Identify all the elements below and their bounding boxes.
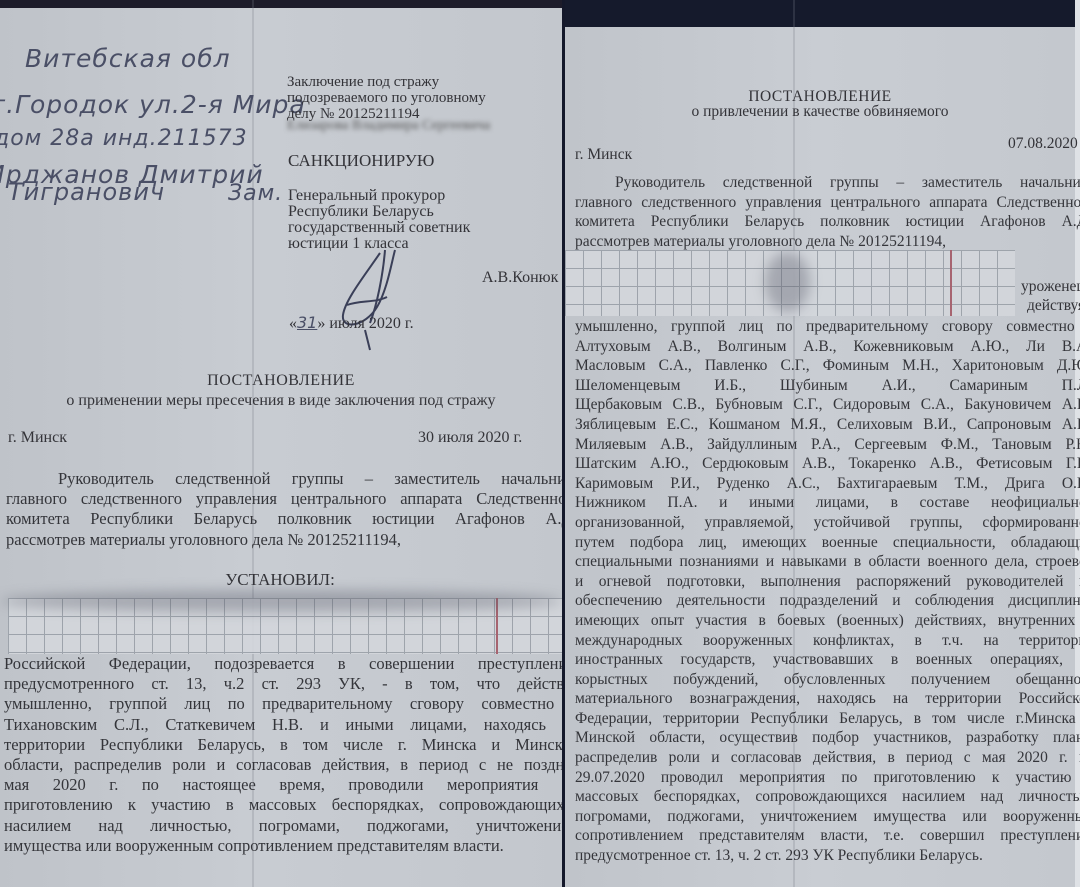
body-line: Федерации, территории Республики Беларус…: [575, 709, 1080, 729]
body-line: насилием над личностью, погромами, поджо…: [4, 816, 562, 836]
graph-paper-margin-line: [950, 250, 952, 316]
handwritten-date-day: 31: [297, 313, 317, 332]
resolution-intro: Руководитель следственной группы – замес…: [575, 173, 1080, 251]
body-line: специальными познаниями и навыками в обл…: [575, 552, 1080, 572]
date-month-year: » июля 2020 г.: [317, 315, 413, 332]
body-line: Масловым С.А., Павленко С.Г., Фоминым М.…: [575, 356, 1080, 376]
body-line: Каримовым Р.И., Руденко А.С., Бахтигарае…: [575, 474, 1080, 494]
body-line: организованной, управляемой, устойчивой …: [575, 513, 1080, 533]
resolution-subtitle: о привлечении в качестве обвиняемого: [565, 103, 1075, 121]
body-line: Щербаковым С.В., Бубновым С.Г., Сидоровы…: [575, 395, 1080, 415]
body-last-line: предусмотренное ст. 13, ч. 2 ст. 293 УК …: [575, 846, 1080, 866]
handwritten-deputy-mark: Зам.: [228, 181, 283, 206]
body-line: Шатским А.Ю., Сердюковым А.В., Токаренко…: [575, 454, 1080, 474]
intro-line: главного следственного управления центра…: [575, 193, 1080, 213]
resolution-title: ПОСТАНОВЛЕНИЕ: [0, 372, 562, 390]
paper-shadow: [0, 590, 562, 612]
body-line: Зяблицевым Е.С., Кошманом М.Я., Селиховы…: [575, 415, 1080, 435]
detention-header-line1: Заключение под стражу: [287, 74, 439, 91]
approver-signatory: А.В.Конюк: [482, 269, 558, 287]
body-line: области, распределив роли и согласовав д…: [4, 755, 562, 775]
redacted-suspect-name: Елизарова Владимира Сергеевича: [287, 118, 490, 134]
intro-line: рассмотрев материалы уголовного дела № 2…: [6, 530, 562, 550]
paper-shadow: [765, 252, 810, 312]
body-line: мая 2020 г. по настоящее время, проводил…: [4, 775, 562, 795]
intro-line: главного следственного управления центра…: [6, 489, 562, 509]
handwritten-patronymic: Тигранович: [8, 178, 165, 206]
established-heading: УСТАНОВИЛ:: [0, 570, 560, 590]
body-line: иностранных государств, участвовавших в …: [575, 650, 1080, 670]
resolution-body: Российской Федерации, подозревается в со…: [4, 654, 562, 856]
approval-date: «31» июля 2020 г.: [289, 313, 414, 333]
fragment-line: уроженец: [1021, 278, 1080, 296]
resolution-body: умышленно, группой лиц по предварительно…: [575, 317, 1080, 866]
body-line: Российской Федерации, подозревается в со…: [4, 654, 562, 674]
resolution-intro: Руководитель следственной группы – замес…: [6, 469, 562, 550]
body-line: корыстных побуждений, обусловленных полу…: [575, 670, 1080, 690]
handwritten-house: дом 28а инд.211573: [0, 126, 248, 151]
intro-line: комитета Республики Беларусь полковник ю…: [575, 212, 1080, 232]
resolution-date: 30 июля 2020 г.: [418, 429, 522, 447]
body-line: международных вооруженных конфликтах, в …: [575, 631, 1080, 651]
body-line: Минской области, осуществив подбор участ…: [575, 728, 1080, 748]
body-line: обеспечению деятельности подразделений и…: [575, 591, 1080, 611]
date-quote: «: [289, 315, 297, 332]
signature-mark: [325, 245, 415, 355]
intro-line: рассмотрев материалы уголовного дела № 2…: [575, 232, 1080, 252]
body-line: погромами, поджогами, уничтожением имуще…: [575, 807, 1080, 827]
body-line: имеющих опыт участия в боевых (военных) …: [575, 611, 1080, 631]
resolution-city: г. Минск: [575, 146, 632, 164]
body-line: имущества или вооруженным сопротивлением…: [4, 836, 562, 856]
detention-header-line2: подозреваемого по уголовному: [287, 90, 486, 107]
intro-line: Руководитель следственной группы – замес…: [575, 173, 1080, 193]
intro-line: комитета Республики Беларусь полковник ю…: [6, 509, 562, 529]
body-line: приготовлению к участию в массовых беспо…: [4, 795, 562, 815]
resolution-city: г. Минск: [8, 429, 67, 447]
body-line: и огневой подготовки, выполнения распоря…: [575, 572, 1080, 592]
right-document-photo: ПОСТАНОВЛЕНИЕ о привлечении в качестве о…: [565, 0, 1080, 887]
approval-title: САНКЦИОНИРУЮ: [288, 151, 434, 171]
body-line: умышленно, группой лиц по предварительно…: [4, 694, 562, 714]
handwritten-region: Витебская обл: [25, 44, 231, 73]
body-line: предусмотренного ст. 13, ч.2 ст. 293 УК,…: [4, 674, 562, 694]
body-line: сопротивлением представителям власти, т.…: [575, 826, 1080, 846]
body-line: Шеломенцевым И.Б., Шубиным А.И., Самарин…: [575, 376, 1080, 396]
body-line: Алтуховым А.В., Волгиным А.В., Кожевнико…: [575, 337, 1080, 357]
body-line: Нижником П.А. и иными лицами, в составе …: [575, 493, 1080, 513]
intro-line: Руководитель следственной группы – замес…: [6, 469, 562, 489]
handwritten-street: г.Городок ул.2-я Мира: [0, 90, 306, 119]
body-line: территории Республики Беларусь, в том чи…: [4, 735, 562, 755]
body-line: умышленно, группой лиц по предварительно…: [575, 317, 1080, 337]
body-line: Тихановским С.Л., Статкевичем Н.В. и ины…: [4, 715, 562, 735]
body-line: путем подбора лиц, имеющих военные специ…: [575, 533, 1080, 553]
body-line: распределив роли и согласовав действия, …: [575, 748, 1080, 768]
body-line: материального вознаграждения, находясь н…: [575, 689, 1080, 709]
resolution-date: 07.08.2020: [1008, 135, 1078, 153]
body-line: Миляевым А.В., Зайдуллиным Р.А., Сергеев…: [575, 435, 1080, 455]
left-document-photo: Витебская обл г.Городок ул.2-я Мира дом …: [0, 0, 562, 887]
fragment-line: действуя: [1027, 297, 1080, 315]
body-line: массовых беспорядках, сопровождающихся н…: [575, 787, 1080, 807]
body-line: 29.07.2020 проводил мероприятия по приго…: [575, 768, 1080, 788]
resolution-subtitle: о применении меры пресечения в виде закл…: [0, 392, 562, 410]
